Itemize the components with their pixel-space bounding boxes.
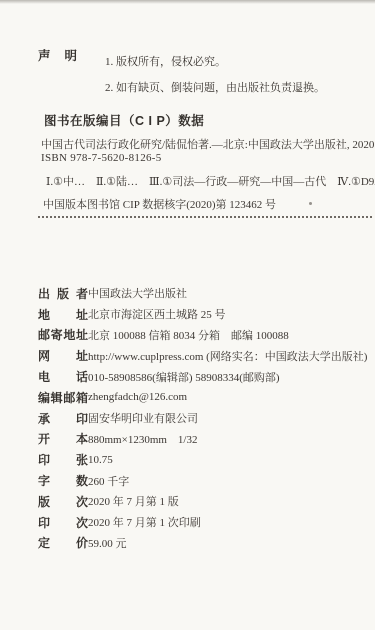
row-value: 10.75 bbox=[88, 454, 113, 466]
table-row-sheets: 印张 10.75 bbox=[38, 449, 370, 470]
row-label: 定价 bbox=[38, 534, 88, 551]
row-label: 印张 bbox=[38, 451, 88, 468]
table-row-price: 定价 59.00 元 bbox=[38, 533, 370, 554]
row-value: 880mm×1230mm 1/32 bbox=[88, 431, 197, 447]
declaration-section: 声明 1. 版权所有，侵权必究。 2. 如有缺页、倒装问题，由出版社负责退换。 bbox=[38, 49, 325, 101]
scan-speck bbox=[297, 89, 300, 92]
declaration-items: 1. 版权所有，侵权必究。 2. 如有缺页、倒装问题，由出版社负责退换。 bbox=[105, 49, 325, 101]
row-value: 260 千字 bbox=[88, 473, 129, 489]
row-value: 中国政法大学出版社 bbox=[88, 285, 187, 301]
row-label: 编辑邮箱 bbox=[38, 389, 88, 406]
dotted-divider bbox=[38, 216, 372, 218]
table-row-website: 网址 http://www.cuplpress.com (网络实名：中国政法大学… bbox=[38, 345, 370, 366]
table-row-format: 开本 880mm×1230mm 1/32 bbox=[38, 429, 370, 450]
table-row-editor-email: 编辑邮箱 zhengfadch@126.com bbox=[38, 387, 370, 408]
row-label: 邮寄地址 bbox=[38, 326, 88, 343]
row-label: 电话 bbox=[38, 368, 88, 385]
cip-classification-line: Ⅰ.①中… Ⅱ.①陆… Ⅲ.①司法—行政—研究—中国—古代 Ⅳ.①D929.2 bbox=[46, 173, 375, 189]
table-row-publisher: 出版者 中国政法大学出版社 bbox=[38, 283, 370, 304]
table-row-word-count: 字数 260 千字 bbox=[38, 470, 370, 491]
table-row-impression: 印次 2020 年 7 月第 1 次印刷 bbox=[38, 512, 370, 533]
scan-top-edge bbox=[0, 0, 375, 4]
declaration-label: 声明 bbox=[38, 49, 77, 101]
row-label: 网址 bbox=[38, 347, 88, 364]
cip-record-number-line: 中国版本图书馆 CIP 数据核字(2020)第 123462 号 bbox=[43, 196, 276, 212]
publication-info-table: 出版者 中国政法大学出版社 地址 北京市海淀区西土城路 25 号 邮寄地址 北京… bbox=[38, 283, 370, 553]
table-row-address: 地址 北京市海淀区西土城路 25 号 bbox=[38, 304, 370, 325]
cip-isbn-line: ISBN 978-7-5620-8126-5 bbox=[41, 152, 162, 164]
row-label: 版次 bbox=[38, 493, 88, 510]
scan-speck bbox=[309, 202, 312, 205]
row-label: 字数 bbox=[38, 472, 88, 489]
row-value: 2020 年 7 月第 1 次印刷 bbox=[88, 514, 201, 530]
row-value: 2020 年 7 月第 1 版 bbox=[88, 493, 179, 509]
row-value: http://www.cuplpress.com (网络实名：中国政法大学出版社… bbox=[88, 348, 367, 364]
table-row-phone: 电话 010-58908586(编辑部) 58908334(邮购部) bbox=[38, 366, 370, 387]
cip-heading: 图书在版编目（C I P）数据 bbox=[44, 111, 204, 129]
row-label: 印次 bbox=[38, 514, 88, 531]
row-value: 北京 100088 信箱 8034 分箱 邮编 100088 bbox=[88, 327, 289, 343]
row-label: 开本 bbox=[38, 430, 88, 447]
row-value: zhengfadch@126.com bbox=[88, 391, 187, 403]
row-value: 北京市海淀区西土城路 25 号 bbox=[88, 306, 226, 322]
table-row-printer: 承印 固安华明印业有限公司 bbox=[38, 408, 370, 429]
cip-title-line: 中国古代司法行政化研究/陆侃怡著.—北京:中国政法大学出版社, 2020.7 bbox=[41, 136, 375, 152]
row-value: 59.00 元 bbox=[88, 535, 127, 551]
book-copyright-page: 声明 1. 版权所有，侵权必究。 2. 如有缺页、倒装问题，由出版社负责退换。 … bbox=[0, 0, 375, 630]
row-value: 固安华明印业有限公司 bbox=[88, 410, 198, 426]
table-row-edition: 版次 2020 年 7 月第 1 版 bbox=[38, 491, 370, 512]
row-label: 地址 bbox=[38, 306, 88, 323]
table-row-mailing-address: 邮寄地址 北京 100088 信箱 8034 分箱 邮编 100088 bbox=[38, 325, 370, 346]
row-label: 出版者 bbox=[38, 285, 88, 302]
declaration-item: 1. 版权所有，侵权必究。 bbox=[105, 49, 325, 75]
row-value: 010-58908586(编辑部) 58908334(邮购部) bbox=[88, 369, 280, 385]
declaration-item: 2. 如有缺页、倒装问题，由出版社负责退换。 bbox=[105, 75, 325, 101]
row-label: 承印 bbox=[38, 410, 88, 427]
